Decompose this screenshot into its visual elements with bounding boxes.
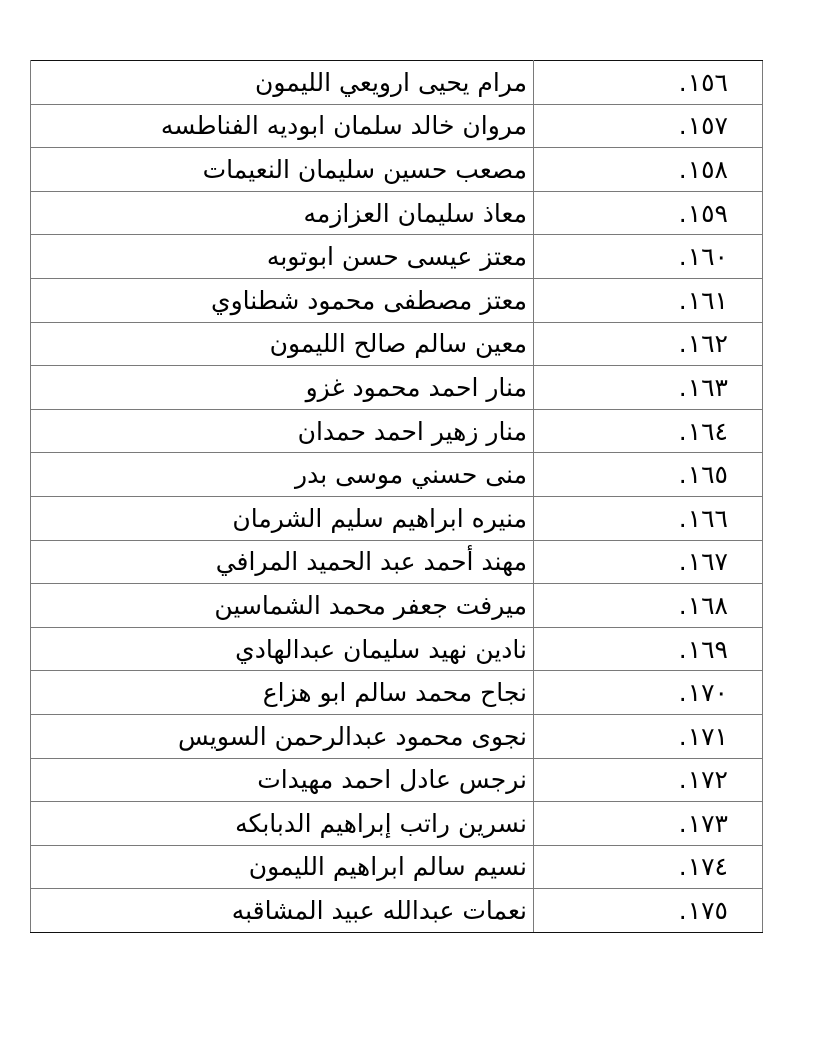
person-name: ميرفت جعفر محمد الشماسين (214, 591, 527, 620)
table-row: ١٦٣.منار احمد محمود غزو (31, 366, 763, 410)
row-name-cell: منار احمد محمود غزو (31, 366, 534, 410)
row-number-dot: . (679, 547, 688, 576)
row-number: ١٧٢ (688, 765, 728, 794)
table-row: ١٧٣.نسرين راتب إبراهيم الدبابكه (31, 802, 763, 846)
row-number-cell: ١٥٧. (534, 104, 763, 148)
person-name: نجوى محمود عبدالرحمن السويس (178, 722, 527, 751)
person-name: نجاح محمد سالم ابو هزاع (263, 678, 527, 707)
row-number-cell: ١٧٠. (534, 671, 763, 715)
row-number-dot: . (679, 504, 688, 533)
person-name: معتز مصطفى محمود شطناوي (211, 286, 527, 315)
names-table: ١٥٦.مرام يحيى ارويعي الليمون١٥٧.مروان خا… (30, 60, 763, 933)
table-row: ١٦٦.منيره ابراهيم سليم الشرمان (31, 496, 763, 540)
row-number-dot: . (679, 286, 688, 315)
row-name-cell: معين سالم صالح الليمون (31, 322, 534, 366)
row-number-cell: ١٦٠. (534, 235, 763, 279)
person-name: مروان خالد سلمان ابوديه الفناطسه (161, 111, 527, 140)
row-name-cell: نعمات عبدالله عبيد المشاقبه (31, 889, 534, 933)
row-number: ١٦٣ (688, 373, 728, 402)
row-number: ١٥٦ (688, 68, 728, 97)
row-name-cell: منيره ابراهيم سليم الشرمان (31, 496, 534, 540)
row-number: ١٦٩ (688, 635, 728, 664)
row-number: ١٦٨ (688, 591, 728, 620)
row-number: ١٦١ (688, 286, 728, 315)
row-number: ١٦٤ (688, 417, 728, 446)
person-name: نرجس عادل احمد مهيدات (257, 765, 527, 794)
row-number-dot: . (679, 373, 688, 402)
row-number: ١٦٢ (688, 329, 728, 358)
row-name-cell: معتز عيسى حسن ابوتوبه (31, 235, 534, 279)
row-name-cell: نرجس عادل احمد مهيدات (31, 758, 534, 802)
row-number-dot: . (679, 678, 688, 707)
row-number-cell: ١٦٦. (534, 496, 763, 540)
person-name: مهند أحمد عبد الحميد المرافي (216, 547, 527, 576)
row-number-cell: ١٧١. (534, 714, 763, 758)
table-row: ١٦١.معتز مصطفى محمود شطناوي (31, 278, 763, 322)
row-number-dot: . (679, 765, 688, 794)
row-name-cell: ميرفت جعفر محمد الشماسين (31, 584, 534, 628)
row-number-cell: ١٧٥. (534, 889, 763, 933)
row-name-cell: منى حسني موسى بدر (31, 453, 534, 497)
table-row: ١٦٧.مهند أحمد عبد الحميد المرافي (31, 540, 763, 584)
row-number-dot: . (679, 460, 688, 489)
row-number-dot: . (679, 329, 688, 358)
row-number-cell: ١٧٣. (534, 802, 763, 846)
table-row: ١٦٠.معتز عيسى حسن ابوتوبه (31, 235, 763, 279)
row-name-cell: معاذ سليمان العزازمه (31, 191, 534, 235)
person-name: منى حسني موسى بدر (295, 460, 527, 489)
names-table-body: ١٥٦.مرام يحيى ارويعي الليمون١٥٧.مروان خا… (31, 61, 763, 933)
row-name-cell: نسيم سالم ابراهيم الليمون (31, 845, 534, 889)
row-number-cell: ١٥٩. (534, 191, 763, 235)
row-number: ١٥٩ (688, 199, 728, 228)
row-number: ١٧٥ (688, 896, 728, 925)
row-name-cell: نادين نهيد سليمان عبدالهادي (31, 627, 534, 671)
row-number: ١٥٨ (688, 155, 728, 184)
row-number-dot: . (679, 635, 688, 664)
row-name-cell: مرام يحيى ارويعي الليمون (31, 61, 534, 105)
person-name: معاذ سليمان العزازمه (303, 199, 527, 228)
row-number-cell: ١٥٨. (534, 148, 763, 192)
table-row: ١٧٤.نسيم سالم ابراهيم الليمون (31, 845, 763, 889)
row-number: ١٧٤ (688, 852, 728, 881)
row-number-dot: . (679, 591, 688, 620)
table-row: ١٦٥.منى حسني موسى بدر (31, 453, 763, 497)
person-name: نسرين راتب إبراهيم الدبابكه (235, 809, 527, 838)
row-name-cell: نجاح محمد سالم ابو هزاع (31, 671, 534, 715)
row-number-cell: ١٧٤. (534, 845, 763, 889)
row-number-dot: . (679, 417, 688, 446)
row-name-cell: نجوى محمود عبدالرحمن السويس (31, 714, 534, 758)
table-row: ١٥٨.مصعب حسين سليمان النعيمات (31, 148, 763, 192)
row-name-cell: نسرين راتب إبراهيم الدبابكه (31, 802, 534, 846)
person-name: منار احمد محمود غزو (306, 373, 527, 402)
row-name-cell: مروان خالد سلمان ابوديه الفناطسه (31, 104, 534, 148)
row-number-dot: . (679, 68, 688, 97)
row-number: ١٦٧ (688, 547, 728, 576)
person-name: منيره ابراهيم سليم الشرمان (232, 504, 527, 533)
row-number-dot: . (679, 722, 688, 751)
row-number-dot: . (679, 896, 688, 925)
row-number-cell: ١٦٨. (534, 584, 763, 628)
row-name-cell: منار زهير احمد حمدان (31, 409, 534, 453)
row-name-cell: مصعب حسين سليمان النعيمات (31, 148, 534, 192)
row-number: ١٧٠ (688, 678, 728, 707)
person-name: معتز عيسى حسن ابوتوبه (267, 242, 527, 271)
table-row: ١٥٩.معاذ سليمان العزازمه (31, 191, 763, 235)
table-row: ١٧٠.نجاح محمد سالم ابو هزاع (31, 671, 763, 715)
person-name: مصعب حسين سليمان النعيمات (203, 155, 527, 184)
row-number-cell: ١٦٢. (534, 322, 763, 366)
person-name: نعمات عبدالله عبيد المشاقبه (232, 896, 527, 925)
row-number: ١٧١ (688, 722, 728, 751)
row-number-cell: ١٥٦. (534, 61, 763, 105)
row-number-cell: ١٦٩. (534, 627, 763, 671)
row-number-dot: . (679, 852, 688, 881)
row-number: ١٧٣ (688, 809, 728, 838)
row-number: ١٦٥ (688, 460, 728, 489)
row-number-dot: . (679, 242, 688, 271)
row-number-cell: ١٦٥. (534, 453, 763, 497)
row-number: ١٦٦ (688, 504, 728, 533)
row-number-cell: ١٧٢. (534, 758, 763, 802)
row-number: ١٦٠ (688, 242, 728, 271)
row-number-cell: ١٦١. (534, 278, 763, 322)
table-row: ١٥٧.مروان خالد سلمان ابوديه الفناطسه (31, 104, 763, 148)
row-number-dot: . (679, 111, 688, 140)
table-row: ١٦٤.منار زهير احمد حمدان (31, 409, 763, 453)
table-row: ١٧١.نجوى محمود عبدالرحمن السويس (31, 714, 763, 758)
person-name: نسيم سالم ابراهيم الليمون (249, 852, 527, 881)
table-row: ١٧٥.نعمات عبدالله عبيد المشاقبه (31, 889, 763, 933)
row-name-cell: مهند أحمد عبد الحميد المرافي (31, 540, 534, 584)
table-row: ١٦٢.معين سالم صالح الليمون (31, 322, 763, 366)
table-row: ١٦٨.ميرفت جعفر محمد الشماسين (31, 584, 763, 628)
person-name: نادين نهيد سليمان عبدالهادي (235, 635, 527, 664)
row-name-cell: معتز مصطفى محمود شطناوي (31, 278, 534, 322)
row-number-cell: ١٦٧. (534, 540, 763, 584)
row-number-cell: ١٦٤. (534, 409, 763, 453)
row-number-dot: . (679, 155, 688, 184)
row-number-dot: . (679, 809, 688, 838)
person-name: معين سالم صالح الليمون (270, 329, 527, 358)
row-number-dot: . (679, 199, 688, 228)
table-row: ١٦٩.نادين نهيد سليمان عبدالهادي (31, 627, 763, 671)
table-row: ١٥٦.مرام يحيى ارويعي الليمون (31, 61, 763, 105)
row-number: ١٥٧ (688, 111, 728, 140)
person-name: منار زهير احمد حمدان (298, 417, 527, 446)
person-name: مرام يحيى ارويعي الليمون (255, 68, 527, 97)
row-number-cell: ١٦٣. (534, 366, 763, 410)
table-row: ١٧٢.نرجس عادل احمد مهيدات (31, 758, 763, 802)
